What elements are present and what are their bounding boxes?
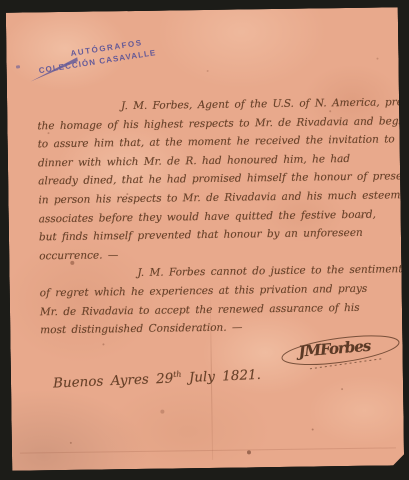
stamp-flourish-icon	[27, 52, 82, 84]
scan-background: AUTÓGRAFOS COLECCIÓN CASAVALLE J. M. For…	[0, 0, 409, 480]
paper-stains	[6, 13, 8, 15]
collection-stamp: AUTÓGRAFOS COLECCIÓN CASAVALLE	[32, 32, 186, 94]
stamp-mark	[16, 65, 20, 69]
signature: JMForbes	[277, 323, 406, 379]
letter-paper: AUTÓGRAFOS COLECCIÓN CASAVALLE J. M. For…	[6, 7, 404, 470]
dateline: Buenos Ayres 29th July 1821.	[53, 366, 261, 391]
paper-crease-horizontal	[20, 447, 396, 453]
letter-body: J. M. Forbes, Agent of the U.S. of N. Am…	[37, 94, 384, 340]
dateline-place-day: Buenos Ayres 29	[53, 371, 174, 392]
dateline-month-year: July 1821.	[181, 367, 261, 386]
